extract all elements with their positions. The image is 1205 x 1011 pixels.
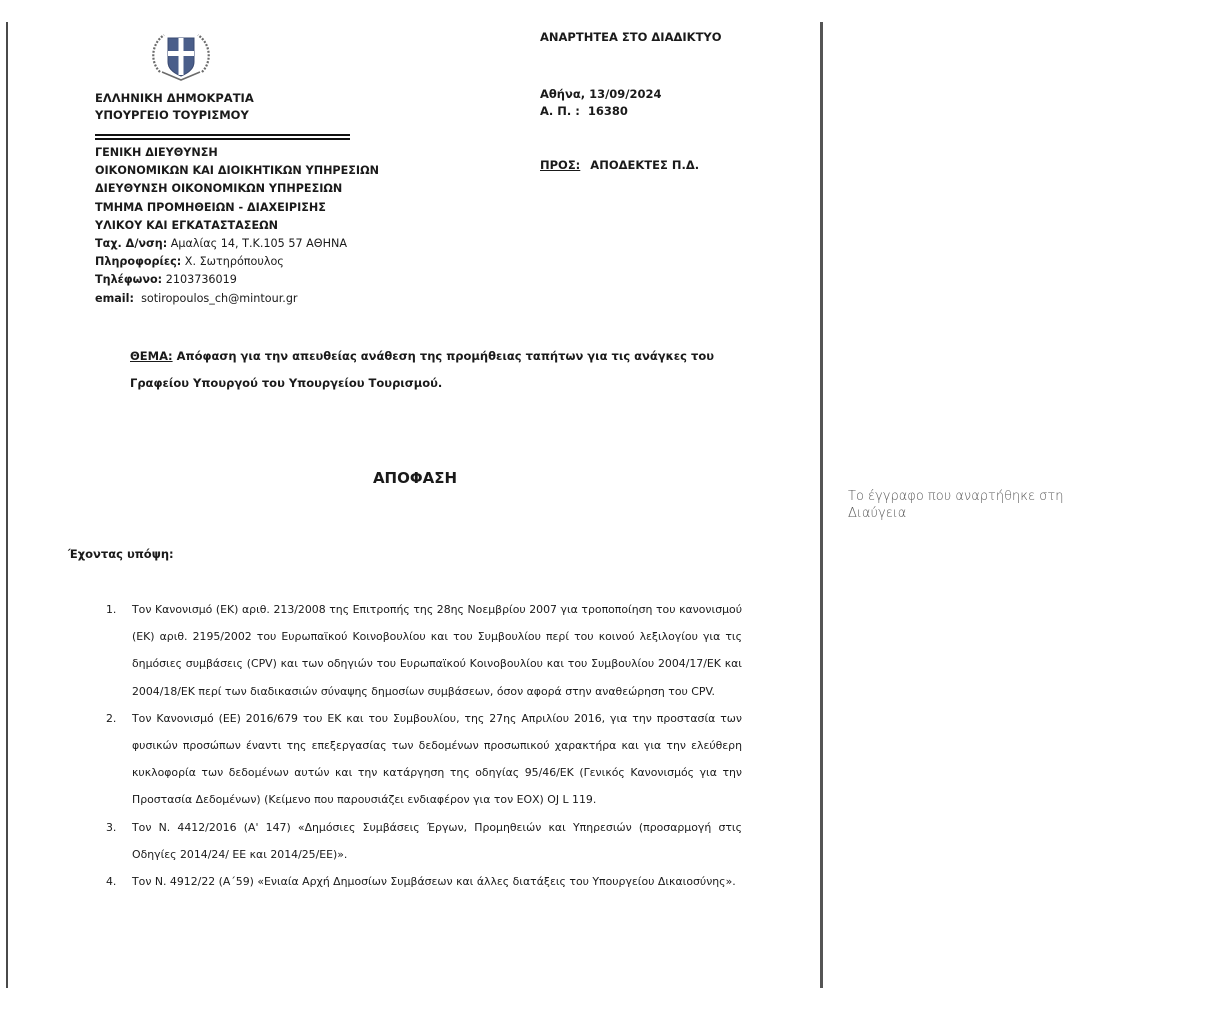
having-regard-heading: Έχοντας υπόψη:	[68, 547, 174, 561]
info-line: Πληροφορίες: Χ. Σωτηρόπουλος	[95, 253, 379, 271]
side-caption: Το έγγραφο που αναρτήθηκε στη Διαύγεια	[848, 488, 1108, 522]
recipients-line: ΠΡΟΣ:ΑΠΟΔΕΚΤΕΣ Π.Δ.	[540, 158, 699, 172]
item-number: 1.	[106, 596, 116, 623]
item-text: Τον Κανονισμό (ΕΚ) αριθ. 213/2008 της Επ…	[132, 603, 742, 698]
dept-line: ΥΛΙΚΟΥ ΚΑΙ ΕΓΚΑΤΑΣΤΑΣΕΩΝ	[95, 217, 379, 235]
info-value: Χ. Σωτηρόπουλος	[181, 255, 284, 268]
ministry-name: ΥΠΟΥΡΓΕΙΟ ΤΟΥΡΙΣΜΟΥ	[95, 107, 254, 124]
address-label: Ταχ. Δ/νση:	[95, 237, 167, 250]
dept-line: ΓΕΝΙΚΗ ΔΙΕΥΘΥΝΣΗ	[95, 144, 379, 162]
dept-line: ΤΜΗΜΑ ΠΡΟΜΗΘΕΙΩΝ - ΔΙΑΧΕΙΡΙΣΗΣ	[95, 199, 379, 217]
item-text: Τον Ν. 4912/22 (Α΄59) «Ενιαία Αρχή Δημοσ…	[132, 875, 736, 888]
post-online-notice: ΑΝΑΡΤΗΤΕΑ ΣΤΟ ΔΙΑΔΙΚΤΥΟ	[540, 30, 722, 44]
dept-line: ΔΙΕΥΘΥΝΣΗ ΟΙΚΟΝΟΜΙΚΩΝ ΥΠΗΡΕΣΙΩΝ	[95, 180, 379, 198]
subject-text: Απόφαση για την απευθείας ανάθεση της πρ…	[130, 349, 714, 390]
info-label: Πληροφορίες:	[95, 255, 181, 268]
subject-block: ΘΕΜΑ: Απόφαση για την απευθείας ανάθεση …	[130, 343, 730, 397]
address-line: Ταχ. Δ/νση: Αμαλίας 14, Τ.Κ.105 57 ΑΘΗΝΑ	[95, 235, 379, 253]
header-double-rule	[95, 134, 350, 136]
date-protocol-block: Αθήνα, 13/09/2024 Α. Π. : 16380	[540, 86, 662, 120]
protocol-number: Α. Π. : 16380	[540, 103, 662, 120]
item-number: 2.	[106, 705, 116, 732]
greek-coat-of-arms-icon	[148, 28, 214, 84]
department-block: ΓΕΝΙΚΗ ΔΙΕΥΘΥΝΣΗ ΟΙΚΟΝΟΜΙΚΩΝ ΚΑΙ ΔΙΟΙΚΗΤ…	[95, 144, 379, 308]
recipients-value: ΑΠΟΔΕΚΤΕΣ Π.Δ.	[590, 158, 699, 172]
phone-label: Τηλέφωνο:	[95, 273, 162, 286]
email-value[interactable]: sotiropoulos_ch@mintour.gr	[134, 292, 298, 305]
item-number: 3.	[106, 814, 116, 841]
document-page: ΕΛΛΗΝΙΚΗ ΔΗΜΟΚΡΑΤΙΑ ΥΠΟΥΡΓΕΙΟ ΤΟΥΡΙΣΜΟΥ …	[0, 0, 820, 1011]
country-name: ΕΛΛΗΝΙΚΗ ΔΗΜΟΚΡΑΤΙΑ	[95, 90, 254, 107]
list-item: 3.Τον Ν. 4412/2016 (Α' 147) «Δημόσιες Συ…	[106, 814, 742, 868]
phone-line: Τηλέφωνο: 2103736019	[95, 271, 379, 289]
document-date: Αθήνα, 13/09/2024	[540, 86, 662, 103]
list-item: 1.Τον Κανονισμό (ΕΚ) αριθ. 213/2008 της …	[106, 596, 742, 705]
decision-title: ΑΠΟΦΑΣΗ	[0, 469, 820, 487]
address-value: Αμαλίας 14, Τ.Κ.105 57 ΑΘΗΝΑ	[167, 237, 347, 250]
list-item: 2.Τον Κανονισμό (ΕΕ) 2016/679 του ΕΚ και…	[106, 705, 742, 814]
list-item: 4.Τον Ν. 4912/22 (Α΄59) «Ενιαία Αρχή Δημ…	[106, 868, 742, 895]
email-label: email:	[95, 292, 134, 305]
item-text: Τον Κανονισμό (ΕΕ) 2016/679 του ΕΚ και τ…	[132, 712, 742, 807]
subject-label: ΘΕΜΑ:	[130, 349, 173, 363]
recipients-label: ΠΡΟΣ:	[540, 158, 580, 172]
document-divider-line	[820, 22, 823, 988]
issuer-header: ΕΛΛΗΝΙΚΗ ΔΗΜΟΚΡΑΤΙΑ ΥΠΟΥΡΓΕΙΟ ΤΟΥΡΙΣΜΟΥ	[95, 90, 254, 124]
email-line: email: sotiropoulos_ch@mintour.gr	[95, 290, 379, 308]
item-number: 4.	[106, 868, 116, 895]
item-text: Τον Ν. 4412/2016 (Α' 147) «Δημόσιες Συμβ…	[132, 821, 742, 861]
considerations-list: 1.Τον Κανονισμό (ΕΚ) αριθ. 213/2008 της …	[106, 596, 742, 895]
phone-value: 2103736019	[162, 273, 237, 286]
dept-line: ΟΙΚΟΝΟΜΙΚΩΝ ΚΑΙ ΔΙΟΙΚΗΤΙΚΩΝ ΥΠΗΡΕΣΙΩΝ	[95, 162, 379, 180]
